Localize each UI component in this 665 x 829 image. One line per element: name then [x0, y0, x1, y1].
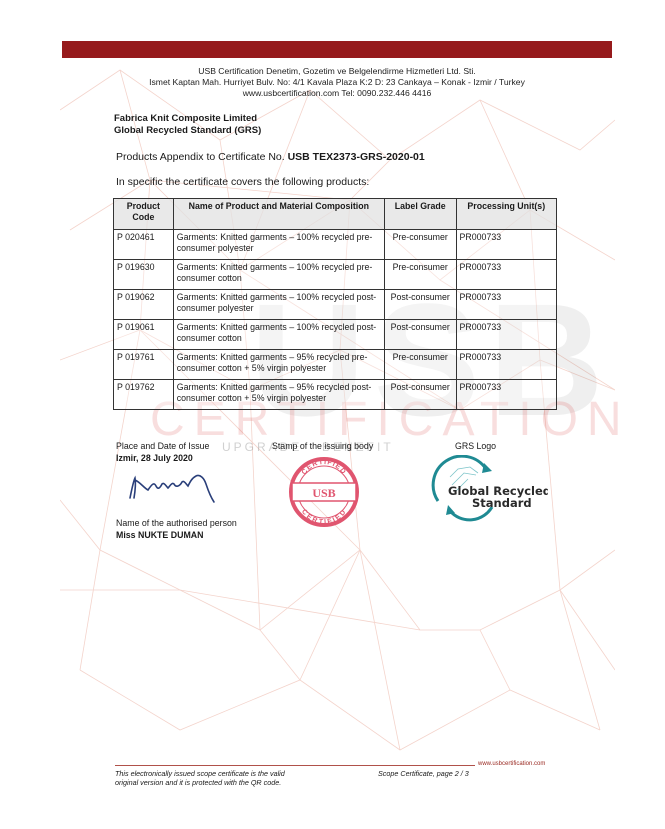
grs-logo: Global Recycled Standard [428, 455, 548, 525]
issuer-header: USB Certification Denetim, Gozetim ve Be… [62, 66, 612, 99]
footer-page-info: Scope Certificate, page 2 / 3 [378, 769, 469, 778]
products-table: Product Code Name of Product and Materia… [113, 198, 557, 410]
footer-url: www.usbcertification.com [478, 761, 545, 767]
cell-grade: Pre-consumer [384, 350, 456, 380]
table-row: P 019762 Garments: Knitted garments – 95… [114, 380, 557, 410]
cell-unit: PR000733 [456, 380, 556, 410]
cell-unit: PR000733 [456, 350, 556, 380]
recipient-name: Fabrica Knit Composite Limited [114, 113, 261, 125]
footer-divider [115, 765, 475, 766]
certificate-number: USB TEX2373-GRS-2020-01 [288, 151, 425, 163]
table-header-row: Product Code Name of Product and Materia… [114, 199, 557, 230]
cell-name: Garments: Knitted garments – 95% recycle… [173, 350, 384, 380]
appendix-prefix: Products Appendix to Certificate No. [116, 151, 285, 163]
table-row: P 019630 Garments: Knitted garments – 10… [114, 260, 557, 290]
cell-grade: Post-consumer [384, 320, 456, 350]
issuer-address: Ismet Kaptan Mah. Hurriyet Bulv. No: 4/1… [62, 77, 612, 88]
cell-code: P 019630 [114, 260, 174, 290]
footer-note-line1: This electronically issued scope certifi… [115, 769, 285, 778]
table-row: P 019062 Garments: Knitted garments – 10… [114, 290, 557, 320]
intro-text: In specific the certificate covers the f… [116, 176, 369, 188]
cell-name: Garments: Knitted garments – 95% recycle… [173, 380, 384, 410]
header-processing-unit: Processing Unit(s) [456, 199, 556, 230]
appendix-title: Products Appendix to Certificate No. USB… [116, 151, 425, 163]
cell-name: Garments: Knitted garments – 100% recycl… [173, 260, 384, 290]
stamp-label: Stamp of the issuing body [272, 441, 373, 451]
cell-name: Garments: Knitted garments – 100% recycl… [173, 230, 384, 260]
header-label-grade: Label Grade [384, 199, 456, 230]
grs-logo-line2: Standard [472, 496, 532, 510]
header-product-code: Product Code [114, 199, 174, 230]
cell-code: P 019761 [114, 350, 174, 380]
signature-image [126, 470, 246, 510]
usb-certified-stamp: CERTIFIED USB CERTIFIED [288, 452, 360, 532]
cell-name: Garments: Knitted garments – 100% recycl… [173, 290, 384, 320]
issuer-company: USB Certification Denetim, Gozetim ve Be… [62, 66, 612, 77]
header-product-name: Name of Product and Material Composition [173, 199, 384, 230]
authorised-person-label: Name of the authorised person [116, 518, 237, 528]
place-date-label: Place and Date of Issue [116, 441, 209, 451]
cell-name: Garments: Knitted garments – 100% recycl… [173, 320, 384, 350]
cell-code: P 020461 [114, 230, 174, 260]
cell-grade: Pre-consumer [384, 230, 456, 260]
cell-unit: PR000733 [456, 320, 556, 350]
cell-grade: Post-consumer [384, 290, 456, 320]
cell-grade: Post-consumer [384, 380, 456, 410]
table-row: P 020461 Garments: Knitted garments – 10… [114, 230, 557, 260]
authorised-person-name: Miss NUKTE DUMAN [116, 530, 203, 540]
place-date-value: Izmir, 28 July 2020 [116, 453, 193, 463]
issuer-contact: www.usbcertification.com Tel: 0090.232.4… [62, 88, 612, 99]
recipient-block: Fabrica Knit Composite Limited Global Re… [114, 113, 261, 136]
footer-note-line2: original version and it is protected wit… [115, 778, 285, 787]
grs-logo-label: GRS Logo [455, 441, 496, 451]
table-row: P 019761 Garments: Knitted garments – 95… [114, 350, 557, 380]
brand-header-bar [62, 41, 612, 58]
footer-validity-note: This electronically issued scope certifi… [115, 769, 285, 787]
stamp-center-text: USB [312, 486, 335, 500]
cell-unit: PR000733 [456, 260, 556, 290]
table-row: P 019061 Garments: Knitted garments – 10… [114, 320, 557, 350]
cell-code: P 019062 [114, 290, 174, 320]
recipient-standard: Global Recycled Standard (GRS) [114, 125, 261, 137]
cell-grade: Pre-consumer [384, 260, 456, 290]
cell-unit: PR000733 [456, 230, 556, 260]
cell-code: P 019061 [114, 320, 174, 350]
cell-code: P 019762 [114, 380, 174, 410]
cell-unit: PR000733 [456, 290, 556, 320]
